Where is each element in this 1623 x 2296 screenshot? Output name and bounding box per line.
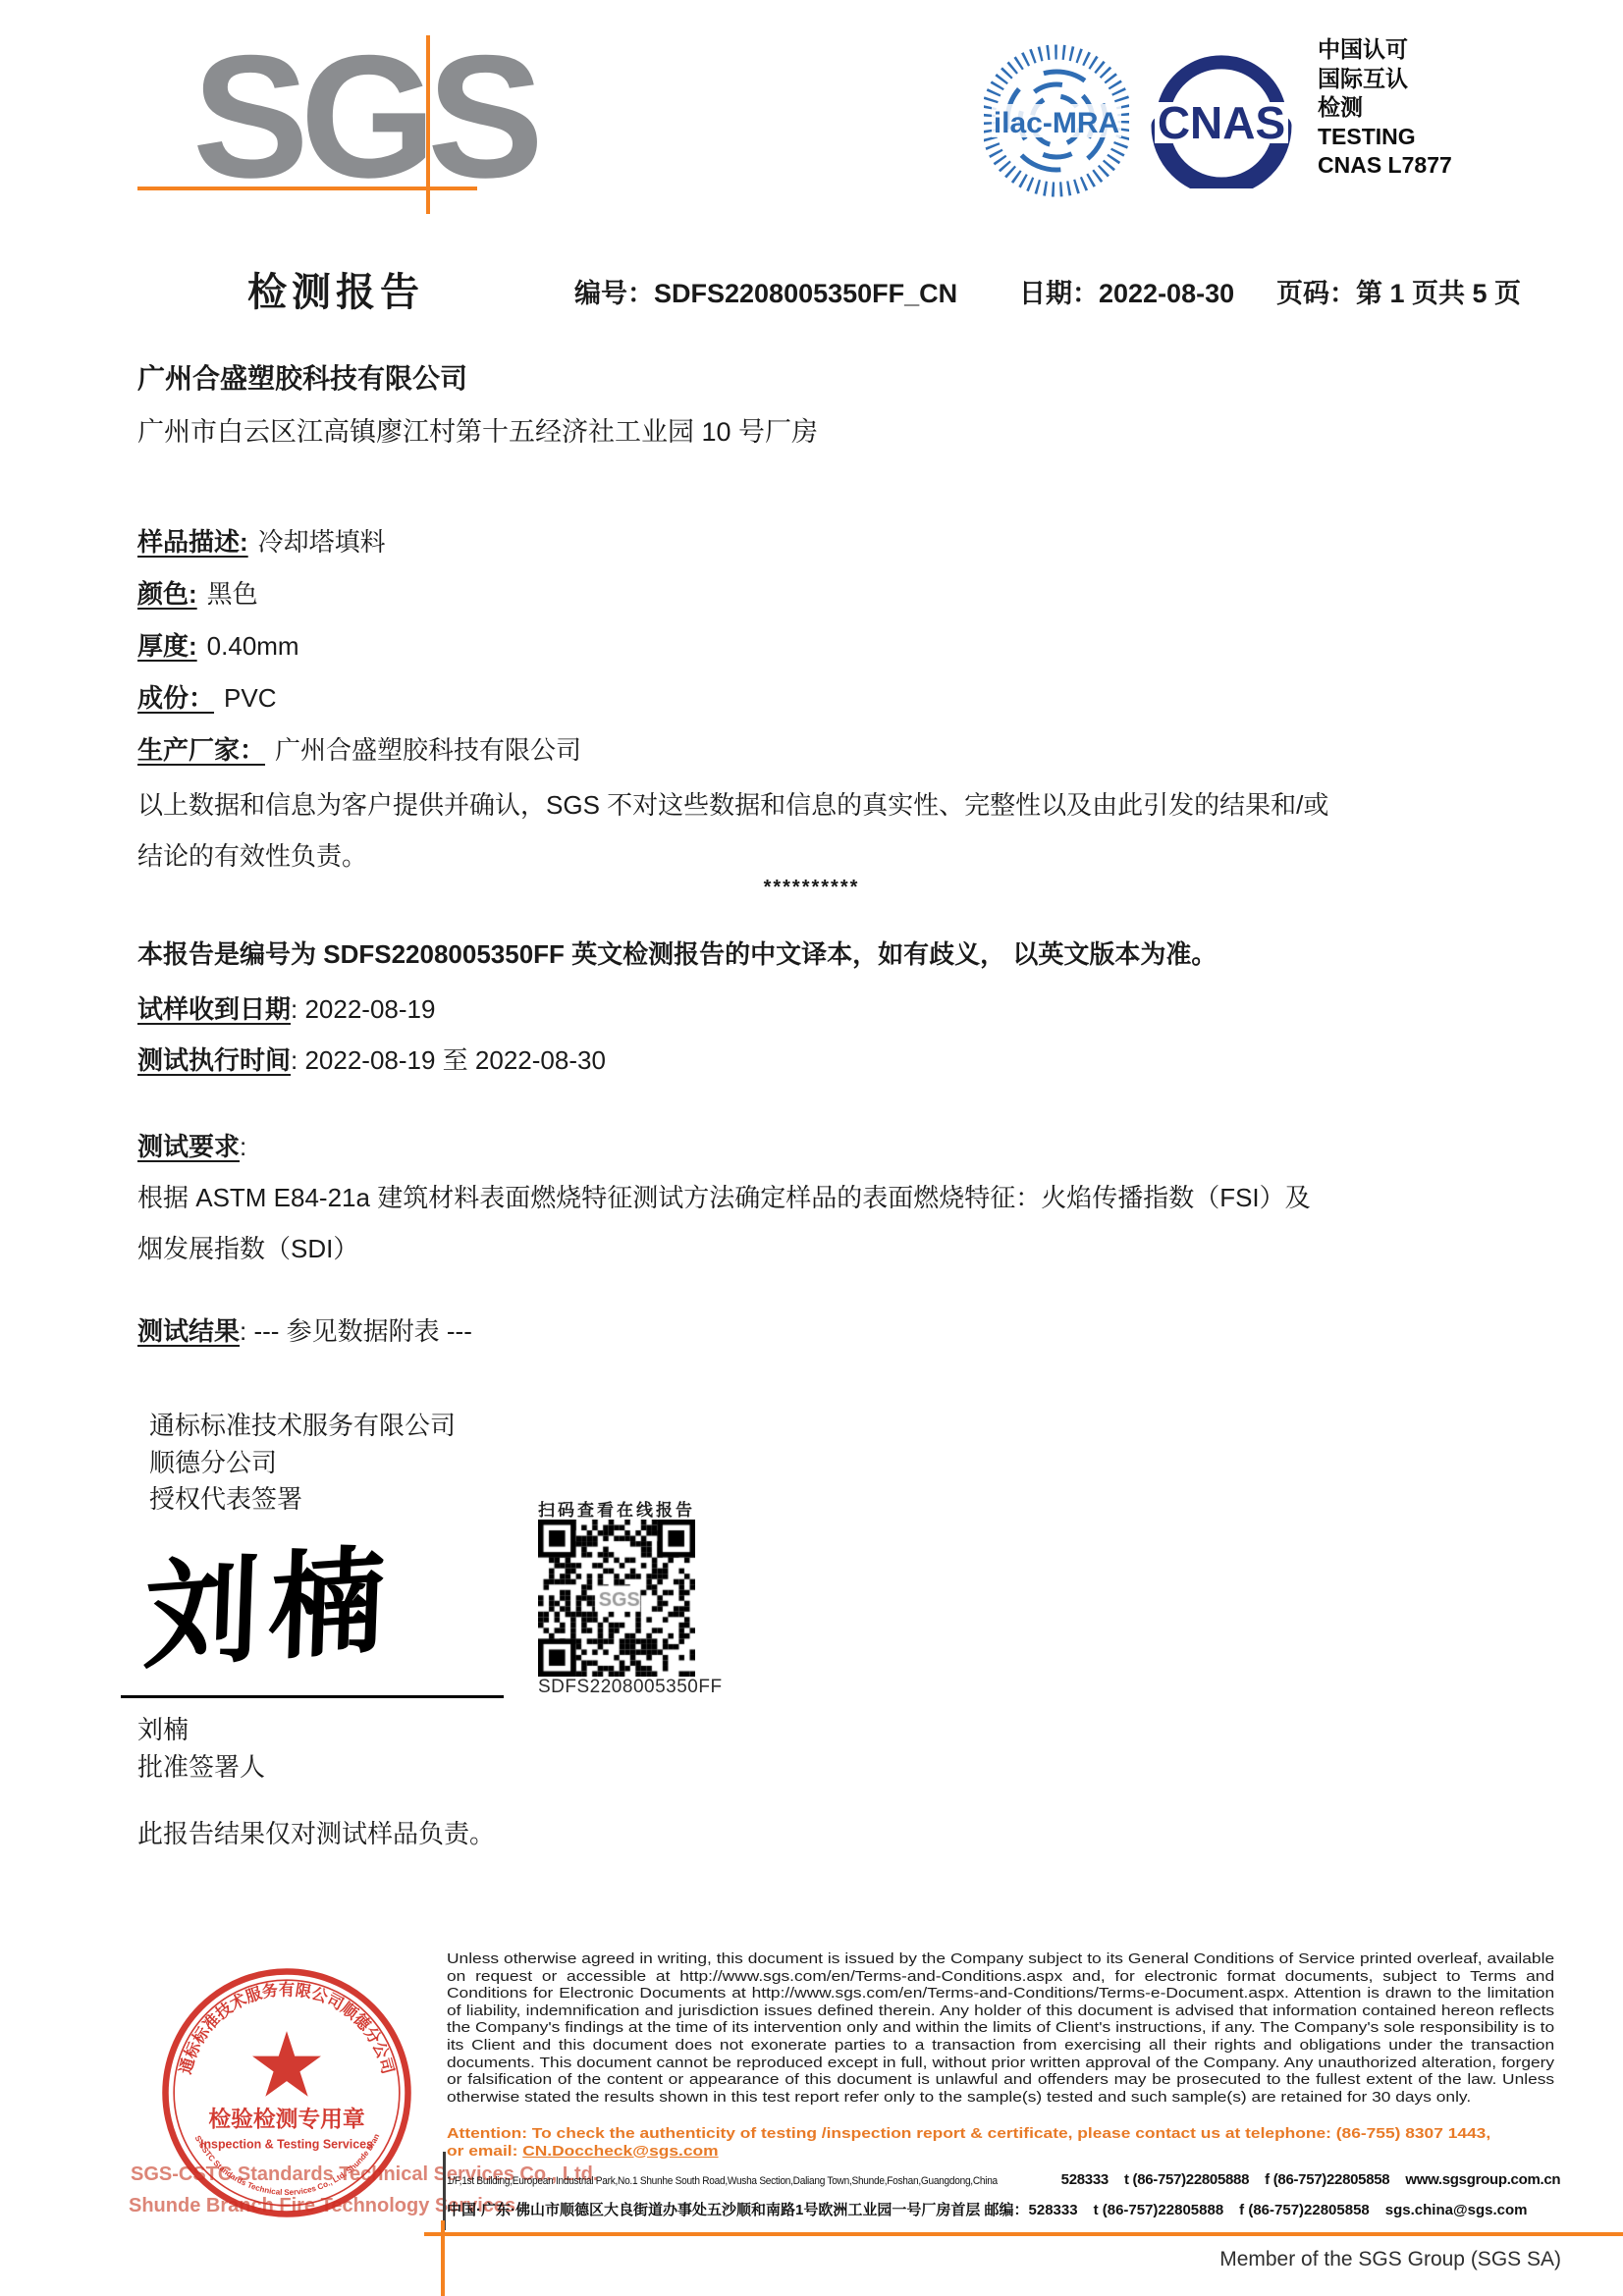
doccheck-email: CN.Doccheck@sgs.com [522, 2144, 718, 2160]
stars-separator: ********** [0, 877, 1623, 899]
test-requirement-label: 测试要求 [137, 1132, 240, 1161]
report-date-value: 2022-08-30 [1099, 279, 1234, 308]
sample-field-label: 生产厂家： [137, 735, 265, 765]
test-requirement-colon: : [240, 1132, 246, 1161]
attention-line-2-prefix: or email: [447, 2144, 522, 2160]
attention-line-2: or email: CN.Doccheck@sgs.com [447, 2144, 1554, 2162]
sample-field-label: 样品描述: [137, 527, 248, 557]
client-address: 广州市白云区江高镇廖江村第十五经济社工业园 10 号厂房 [137, 410, 818, 449]
sgs-crosshair-vertical-line [426, 35, 430, 214]
test-period: 测试执行时间: 2022-08-19 至 2022-08-30 [137, 1041, 606, 1077]
sample-received-date-label: 试样收到日期 [137, 994, 291, 1024]
accreditation-line: TESTING [1318, 123, 1452, 152]
disclaimer-line-1: 以上数据和信息为客户提供并确认，SGS 不对这些数据和信息的真实性、完整性以及由… [137, 785, 1328, 822]
test-period-label: 测试执行时间 [137, 1045, 291, 1075]
company-website: www.sgsgroup.com.cn [1405, 2171, 1560, 2188]
report-date-label: 日期： [1019, 279, 1099, 308]
report-number: 编号：SDFS2208005350FF_CN [574, 272, 957, 310]
sample-field-value: 黑色 [207, 579, 258, 609]
handwritten-signature: 刘楠 [141, 1506, 398, 1691]
svg-text:CNAS: CNAS [1158, 97, 1285, 148]
translation-note: 本报告是编号为 SDFS2208005350FF 英文检测报告的中文译本，如有歧… [137, 934, 1217, 971]
sample-received-date-value: : 2022-08-19 [291, 994, 435, 1024]
address-divider-rule [443, 2152, 446, 2230]
client-company-name: 广州合盛塑胶科技有限公司 [137, 357, 467, 397]
accreditation-line: 中国认可 [1318, 35, 1452, 65]
responsibility-note: 此报告结果仅对测试样品负责。 [137, 1814, 495, 1850]
footer-crosshair-vertical-line [441, 2220, 445, 2296]
authorized-signature-caption: 授权代表签署 [149, 1479, 302, 1516]
approver-title: 批准签署人 [137, 1747, 265, 1784]
sample-field-row: 样品描述:冷却塔填料 [137, 522, 386, 559]
address-en-postal: 528333 [1061, 2171, 1109, 2188]
stamp-star-icon [252, 2031, 321, 2097]
report-number-label: 编号： [574, 279, 654, 308]
sgs-logo: SGS [192, 29, 535, 204]
sample-field-row: 厚度:0.40mm [137, 626, 299, 663]
test-result-label: 测试结果 [137, 1316, 240, 1346]
attention-line-1: Attention: To check the authenticity of … [447, 2126, 1554, 2144]
test-result-value: : --- 参见数据附表 --- [240, 1316, 472, 1346]
sample-field-value: 广州合盛塑胶科技有限公司 [275, 735, 581, 765]
attention-note: Attention: To check the authenticity of … [447, 2126, 1554, 2161]
svg-text:Inspection & Testing Services: Inspection & Testing Services [200, 2137, 373, 2151]
address-en-tel: t (86-757)22805888 [1124, 2171, 1249, 2188]
legal-disclaimer: Unless otherwise agreed in writing, this… [447, 1951, 1554, 2107]
address-en: 1/F,1st Building,European Industrial Par… [447, 2171, 1560, 2188]
company-email: sgs.china@sgs.com [1385, 2202, 1528, 2218]
sample-field-value: PVC [224, 683, 276, 713]
ilac-mra-logo-icon: ilac-MRA [984, 35, 1129, 206]
sample-field-row: 颜色:黑色 [137, 574, 258, 611]
page-number: 页码：第 1 页共 5 页 [1276, 272, 1521, 310]
lab-company-name: 通标标准技术服务有限公司 [149, 1406, 456, 1442]
sample-field-label: 颜色: [137, 579, 197, 609]
test-result: 测试结果: --- 参见数据附表 --- [137, 1311, 472, 1348]
footer-crosshair-horizontal-line [424, 2232, 1623, 2236]
sample-field-value: 冷却塔填料 [258, 527, 386, 557]
approver-name: 刘楠 [137, 1710, 189, 1746]
address-en-street: 1/F,1st Building,European Industrial Par… [447, 2175, 998, 2187]
qr-code [538, 1520, 695, 1677]
page-number-value: 第 1 页共 5 页 [1356, 279, 1521, 308]
test-requirement-line-1: 根据 ASTM E84-21a 建筑材料表面燃烧特征测试方法确定样品的表面燃烧特… [137, 1178, 1311, 1214]
sample-field-label: 厚度: [137, 631, 197, 661]
accreditation-text: 中国认可 国际互认 检测 TESTING CNAS L7877 [1318, 35, 1452, 181]
page-number-label: 页码： [1276, 279, 1356, 308]
sample-field-value: 0.40mm [207, 631, 299, 661]
svg-text:ilac-MRA: ilac-MRA [994, 107, 1119, 139]
company-stamp-seal: 通标标准技术服务有限公司顺德分公司 检验检测专用章 Inspection & T… [159, 1965, 414, 2220]
address-en-fax: f (86-757)22805858 [1265, 2171, 1389, 2188]
report-page: SGS ilac-MRA CNAS 中国认可 国际互认 检测 TESTING C… [0, 0, 1623, 2296]
address-cn-tel: t (86-757)22805888 [1094, 2202, 1224, 2218]
sample-field-row: 成份：PVC [137, 678, 276, 715]
page-title: 检测报告 [247, 261, 424, 317]
qr-report-number: SDFS2208005350FF [538, 1677, 723, 1698]
address-cn-fax: f (86-757)22805858 [1239, 2202, 1370, 2218]
accreditation-line: 检测 [1318, 93, 1452, 123]
accreditation-line: CNAS L7877 [1318, 151, 1452, 181]
svg-text:检验检测专用章: 检验检测专用章 [208, 2107, 364, 2132]
lab-branch-name: 顺德分公司 [149, 1443, 277, 1479]
report-number-value: SDFS2208005350FF_CN [654, 279, 957, 308]
address-cn: 中国·广东·佛山市顺德区大良街道办事处五沙顺和南路1号欧洲工业园一号厂房首层 邮… [447, 2199, 1527, 2219]
address-cn-street: 中国·广东·佛山市顺德区大良街道办事处五沙顺和南路1号欧洲工业园一号厂房首层 邮… [447, 2199, 1078, 2219]
test-requirement-heading: 测试要求: [137, 1127, 246, 1163]
sample-field-row: 生产厂家：广州合盛塑胶科技有限公司 [137, 730, 581, 767]
sample-field-label: 成份： [137, 683, 214, 713]
qr-caption: 扫码查看在线报告 [538, 1496, 695, 1521]
sample-received-date: 试样收到日期: 2022-08-19 [137, 989, 435, 1026]
signature-line [121, 1695, 504, 1698]
cnas-logo-icon: CNAS [1143, 47, 1300, 188]
report-date: 日期：2022-08-30 [1019, 272, 1234, 310]
test-period-value: : 2022-08-19 至 2022-08-30 [291, 1045, 606, 1075]
test-requirement-line-2: 烟发展指数（SDI） [137, 1229, 358, 1265]
disclaimer-line-2: 结论的有效性负责。 [137, 836, 367, 873]
accreditation-line: 国际互认 [1318, 65, 1452, 94]
member-note: Member of the SGS Group (SGS SA) [1168, 2248, 1561, 2271]
